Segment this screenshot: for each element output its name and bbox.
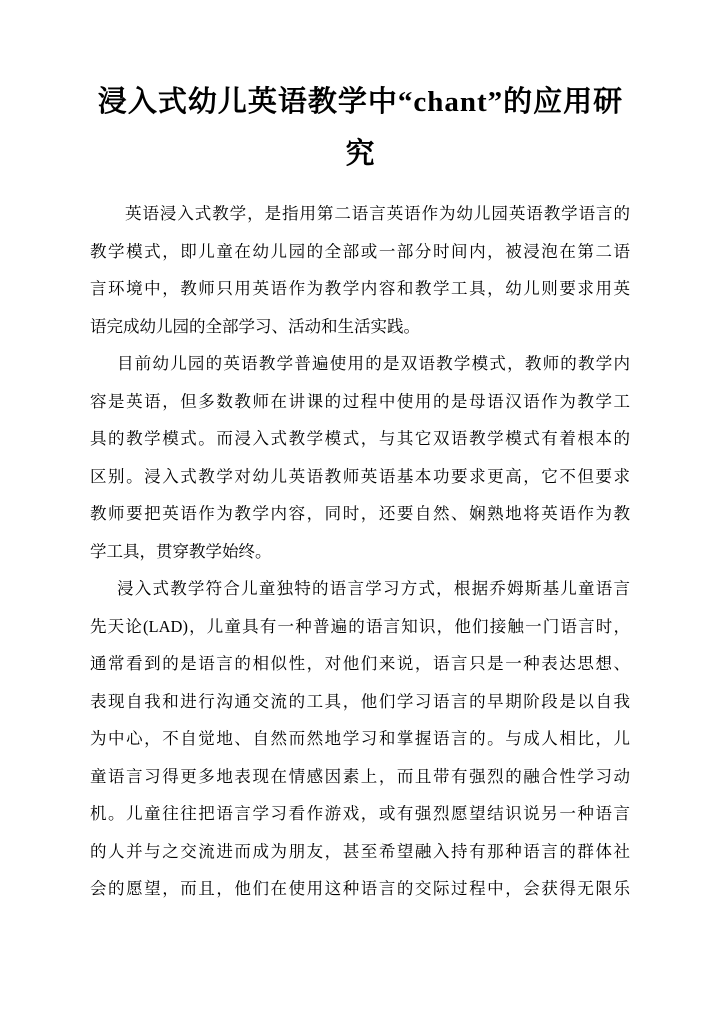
text-line: 语完成幼儿园的全部学习、活动和生活实践。 <box>90 308 630 346</box>
text-line: 言环境中，教师只用英语作为教学内容和教学工具，幼儿则要求用英 <box>90 270 630 308</box>
document-page: 浸入式幼儿英语教学中“chant”的应用研 究 英语浸入式教学，是指用第二语言英… <box>0 0 721 1020</box>
text-line: 区别。浸入式教学对幼儿英语教师英语基本功要求更高，它不但要求 <box>90 458 630 496</box>
text-line: 通常看到的是语言的相似性，对他们来说，语言只是一种表达思想、 <box>90 645 630 683</box>
text-line: 机。儿童往往把语言学习看作游戏，或有强烈愿望结识说另一种语言 <box>90 795 630 833</box>
text-line: 具的教学模式。而浸入式教学模式，与其它双语教学模式有着根本的 <box>90 420 630 458</box>
text-line: 为中心，不自觉地、自然而然地学习和掌握语言的。与成人相比，儿 <box>90 720 630 758</box>
text-line: 学工具，贯穿教学始终。 <box>90 533 630 571</box>
document-title: 浸入式幼儿英语教学中“chant”的应用研 究 <box>0 76 721 180</box>
text-line: 表现自我和进行沟通交流的工具，他们学习语言的早期阶段是以自我 <box>90 683 630 721</box>
text-line: 教学模式，即儿童在幼儿园的全部或一部分时间内，被浸泡在第二语 <box>90 233 630 271</box>
title-line-1: 浸入式幼儿英语教学中“chant”的应用研 <box>0 76 721 128</box>
text-line: 容是英语，但多数教师在讲课的过程中使用的是母语汉语作为教学工 <box>90 383 630 421</box>
text-line: 浸入式教学符合儿童独特的语言学习方式，根据乔姆斯基儿童语言 <box>90 570 630 608</box>
text-line: 先天论(LAD)，儿童具有一种普遍的语言知识，他们接触一门语言时， <box>90 608 630 646</box>
text-line: 教师要把英语作为教学内容，同时，还要自然、娴熟地将英语作为教 <box>90 495 630 533</box>
title-line-2: 究 <box>0 128 721 180</box>
text-line: 目前幼儿园的英语教学普遍使用的是双语教学模式，教师的教学内 <box>90 345 630 383</box>
text-line: 童语言习得更多地表现在情感因素上，而且带有强烈的融合性学习动 <box>90 758 630 796</box>
text-line: 的人并与之交流进而成为朋友，甚至希望融入持有那种语言的群体社 <box>90 833 630 871</box>
document-body: 英语浸入式教学，是指用第二语言英语作为幼儿园英语教学语言的教学模式，即儿童在幼儿… <box>90 195 630 908</box>
text-line: 会的愿望，而且，他们在使用这种语言的交际过程中，会获得无限乐 <box>90 870 630 908</box>
text-line: 英语浸入式教学，是指用第二语言英语作为幼儿园英语教学语言的 <box>90 195 630 233</box>
